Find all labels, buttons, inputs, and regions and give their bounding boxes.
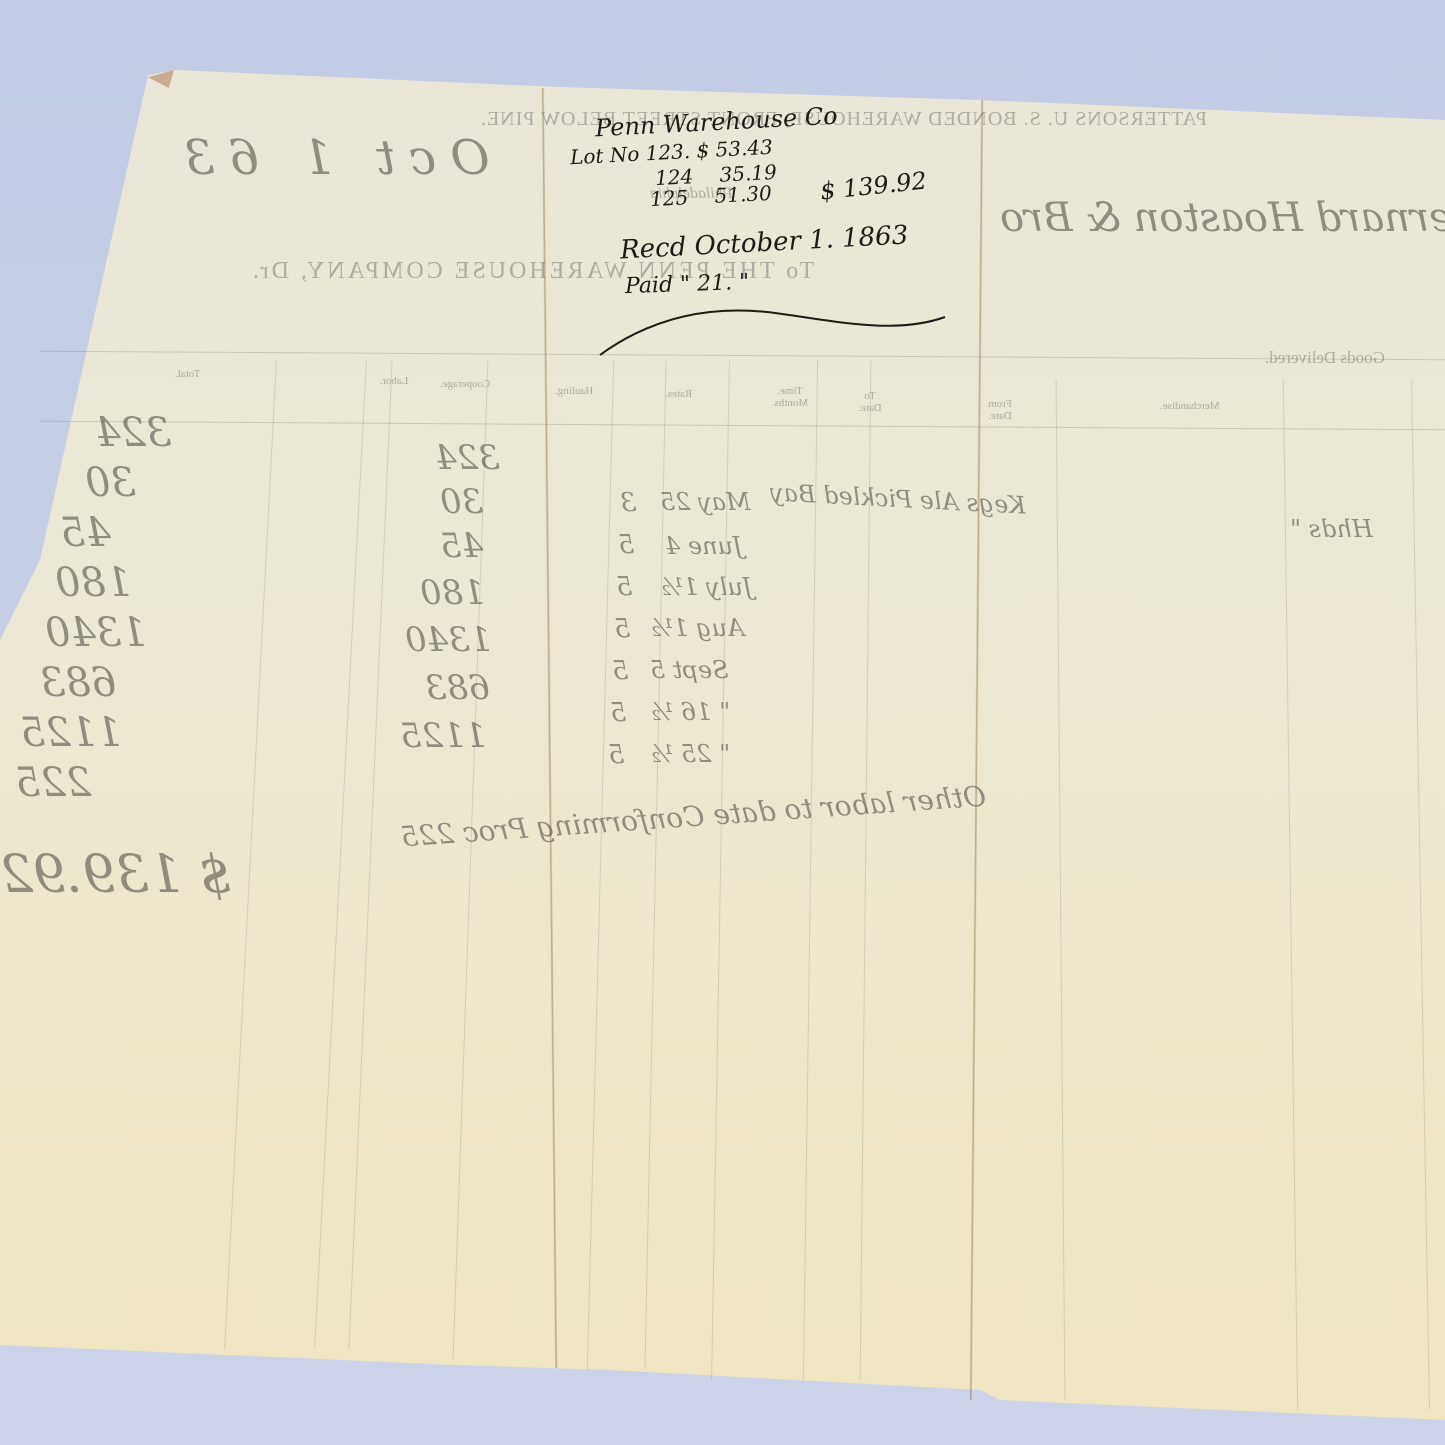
bleed-row-rate: 5 bbox=[616, 572, 633, 602]
bleed-row-from-date: June 4 bbox=[665, 532, 743, 560]
bleed-total-amount: 30 bbox=[85, 465, 136, 502]
bleed-row-from-date: " 16 ½ bbox=[650, 698, 730, 726]
bleed-labor-amount: 45 bbox=[440, 528, 483, 565]
column-header-to-date: To Date. bbox=[855, 390, 885, 414]
bleed-row-from-date: Sept 5 bbox=[650, 656, 729, 684]
bleed-total-amount: 45 bbox=[60, 515, 111, 552]
bleed-row-rate: 5 bbox=[618, 530, 635, 560]
bleed-row-from-date: Aug 1½ bbox=[650, 614, 744, 642]
lot-label: 125 bbox=[649, 185, 688, 211]
front-flourish-underline bbox=[595, 295, 955, 365]
bleed-total-amount: 180 bbox=[55, 565, 131, 602]
bleed-row-merchandise: Hhds " bbox=[1290, 515, 1373, 543]
bleed-total-amount: 1340 bbox=[45, 615, 147, 652]
lot-amount: $ 53.43 bbox=[696, 135, 773, 163]
bleed-labor-amount: 180 bbox=[420, 575, 485, 612]
column-header-hauling: Hauling. bbox=[555, 385, 593, 397]
bleed-row-rate: 5 bbox=[612, 656, 629, 686]
column-header-merchandise: Merchandise. bbox=[1160, 400, 1220, 412]
bleed-grand-total: $ 139.92 bbox=[0, 845, 232, 905]
bleed-labor-amount: 324 bbox=[435, 440, 500, 477]
column-header-rates: Rates. bbox=[665, 388, 692, 400]
column-header-from-date: From Date. bbox=[985, 398, 1015, 422]
bleed-labor-amount: 30 bbox=[440, 484, 483, 521]
bleed-row-from-date: July 1½ bbox=[660, 573, 752, 601]
printed-goods-delivered: Goods Delivered. bbox=[1265, 348, 1385, 368]
bleed-total-amount: 683 bbox=[40, 665, 116, 702]
lot-amount: 51.30 bbox=[714, 181, 772, 208]
column-header-cooperage: Cooperage. bbox=[440, 378, 490, 390]
column-header-labor: Labor. bbox=[380, 375, 408, 387]
bleed-labor-amount: 1340 bbox=[405, 622, 492, 659]
bleed-row-from-date: " 25 ½ bbox=[650, 740, 730, 768]
bleed-date-ref: Oct 1 63 bbox=[170, 130, 490, 186]
bleed-row-rate: 5 bbox=[614, 614, 631, 644]
bleed-labor-amount: 683 bbox=[425, 670, 490, 707]
bleed-total-amount: 1125 bbox=[20, 715, 122, 752]
column-header-total: Total. bbox=[175, 368, 200, 380]
bleed-row-rate: 5 bbox=[608, 740, 625, 770]
bleed-total-amount: 225 bbox=[15, 765, 91, 802]
bleed-row-rate: 5 bbox=[610, 698, 627, 728]
bleed-total-amount: 324 bbox=[95, 415, 171, 452]
bleed-labor-amount: 1125 bbox=[400, 718, 487, 755]
printed-header-line: PATTERSONS U. S. BONDED WAREHOUSE, FRONT… bbox=[480, 108, 1207, 131]
bleed-row-rate: 3 bbox=[620, 488, 637, 518]
column-header-time-months: Time. Months. bbox=[770, 385, 810, 409]
bleed-row-from-date: May 25 bbox=[660, 488, 751, 516]
bleed-customer-name: Bernard Hoaston & Bro bbox=[1000, 195, 1445, 241]
